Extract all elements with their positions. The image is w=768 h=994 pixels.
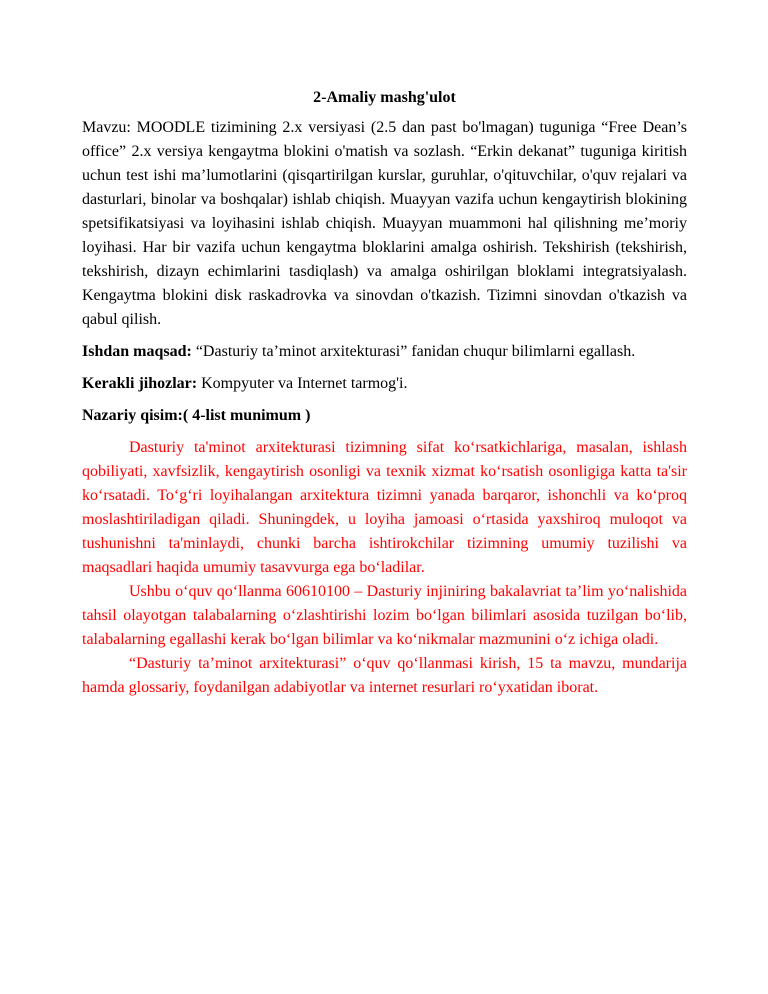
goal-paragraph: Ishdan maqsad: “Dasturiy ta’minot arxite… xyxy=(82,340,687,364)
equipment-text: Kompyuter va Internet tarmog'i. xyxy=(197,375,407,392)
document-page: 2-Amaliy mashg'ulot Mavzu: MOODLE tizimi… xyxy=(82,86,687,700)
document-title: 2-Amaliy mashg'ulot xyxy=(82,86,687,110)
goal-label: Ishdan maqsad: xyxy=(82,343,192,360)
equipment-paragraph: Kerakli jihozlar: Kompyuter va Internet … xyxy=(82,372,687,396)
goal-text: “Dasturiy ta’minot arxitekturasi” fanida… xyxy=(192,343,635,360)
theory-paragraph-3: “Dasturiy ta’minot arxitekturasi” o‘quv … xyxy=(82,652,687,700)
theory-heading: Nazariy qisim:( 4-list munimum ) xyxy=(82,404,687,428)
theory-paragraph-2: Ushbu o‘quv qo‘llanma 60610100 – Dasturi… xyxy=(82,580,687,652)
equipment-label: Kerakli jihozlar: xyxy=(82,375,197,392)
theory-paragraph-1: Dasturiy ta'minot arxitekturasi tizimnin… xyxy=(82,436,687,580)
topic-paragraph: Mavzu: MOODLE tizimining 2.x versiyasi (… xyxy=(82,116,687,332)
